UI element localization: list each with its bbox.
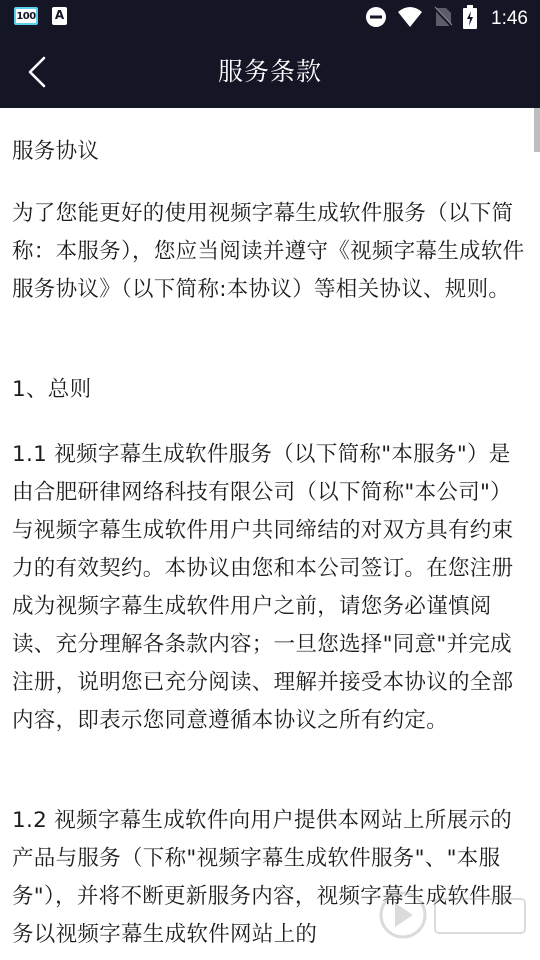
status-bar-left: 100 A [14,7,67,25]
status-bar: 100 A 1:46 [0,0,540,36]
document-title: 服务协议 [12,133,528,171]
battery-charging-icon [463,5,477,33]
do-not-disturb-icon [365,6,387,32]
clause-1-1: 1.1 视频字幕生成软件服务（以下简称"本服务"）是由合肥研律网络科技有限公司（… [12,436,528,740]
notification-app-label: A [55,8,64,22]
app-bar: 服务条款 [0,36,540,108]
section-heading-general: 1、总则 [12,371,528,409]
battery-saver-label: 100 [16,11,35,22]
no-sim-icon [433,6,453,32]
status-bar-right: 1:46 [365,5,528,33]
page-title: 服务条款 [0,54,540,90]
intro-paragraph: 为了您能更好的使用视频字幕生成软件服务（以下简称：本服务），您应当阅读并遵守《视… [12,195,528,309]
wifi-icon [397,6,423,32]
notification-app-icon: A [52,7,67,25]
battery-saver-icon: 100 [14,7,38,25]
scrollbar-thumb[interactable] [534,108,540,152]
status-time: 1:46 [491,8,528,30]
clause-1-2: 1.2 视频字幕生成软件向用户提供本网站上所展示的产品与服务（下称"视频字幕生成… [12,802,528,954]
terms-content[interactable]: 服务协议 为了您能更好的使用视频字幕生成软件服务（以下简称：本服务），您应当阅读… [0,108,540,960]
